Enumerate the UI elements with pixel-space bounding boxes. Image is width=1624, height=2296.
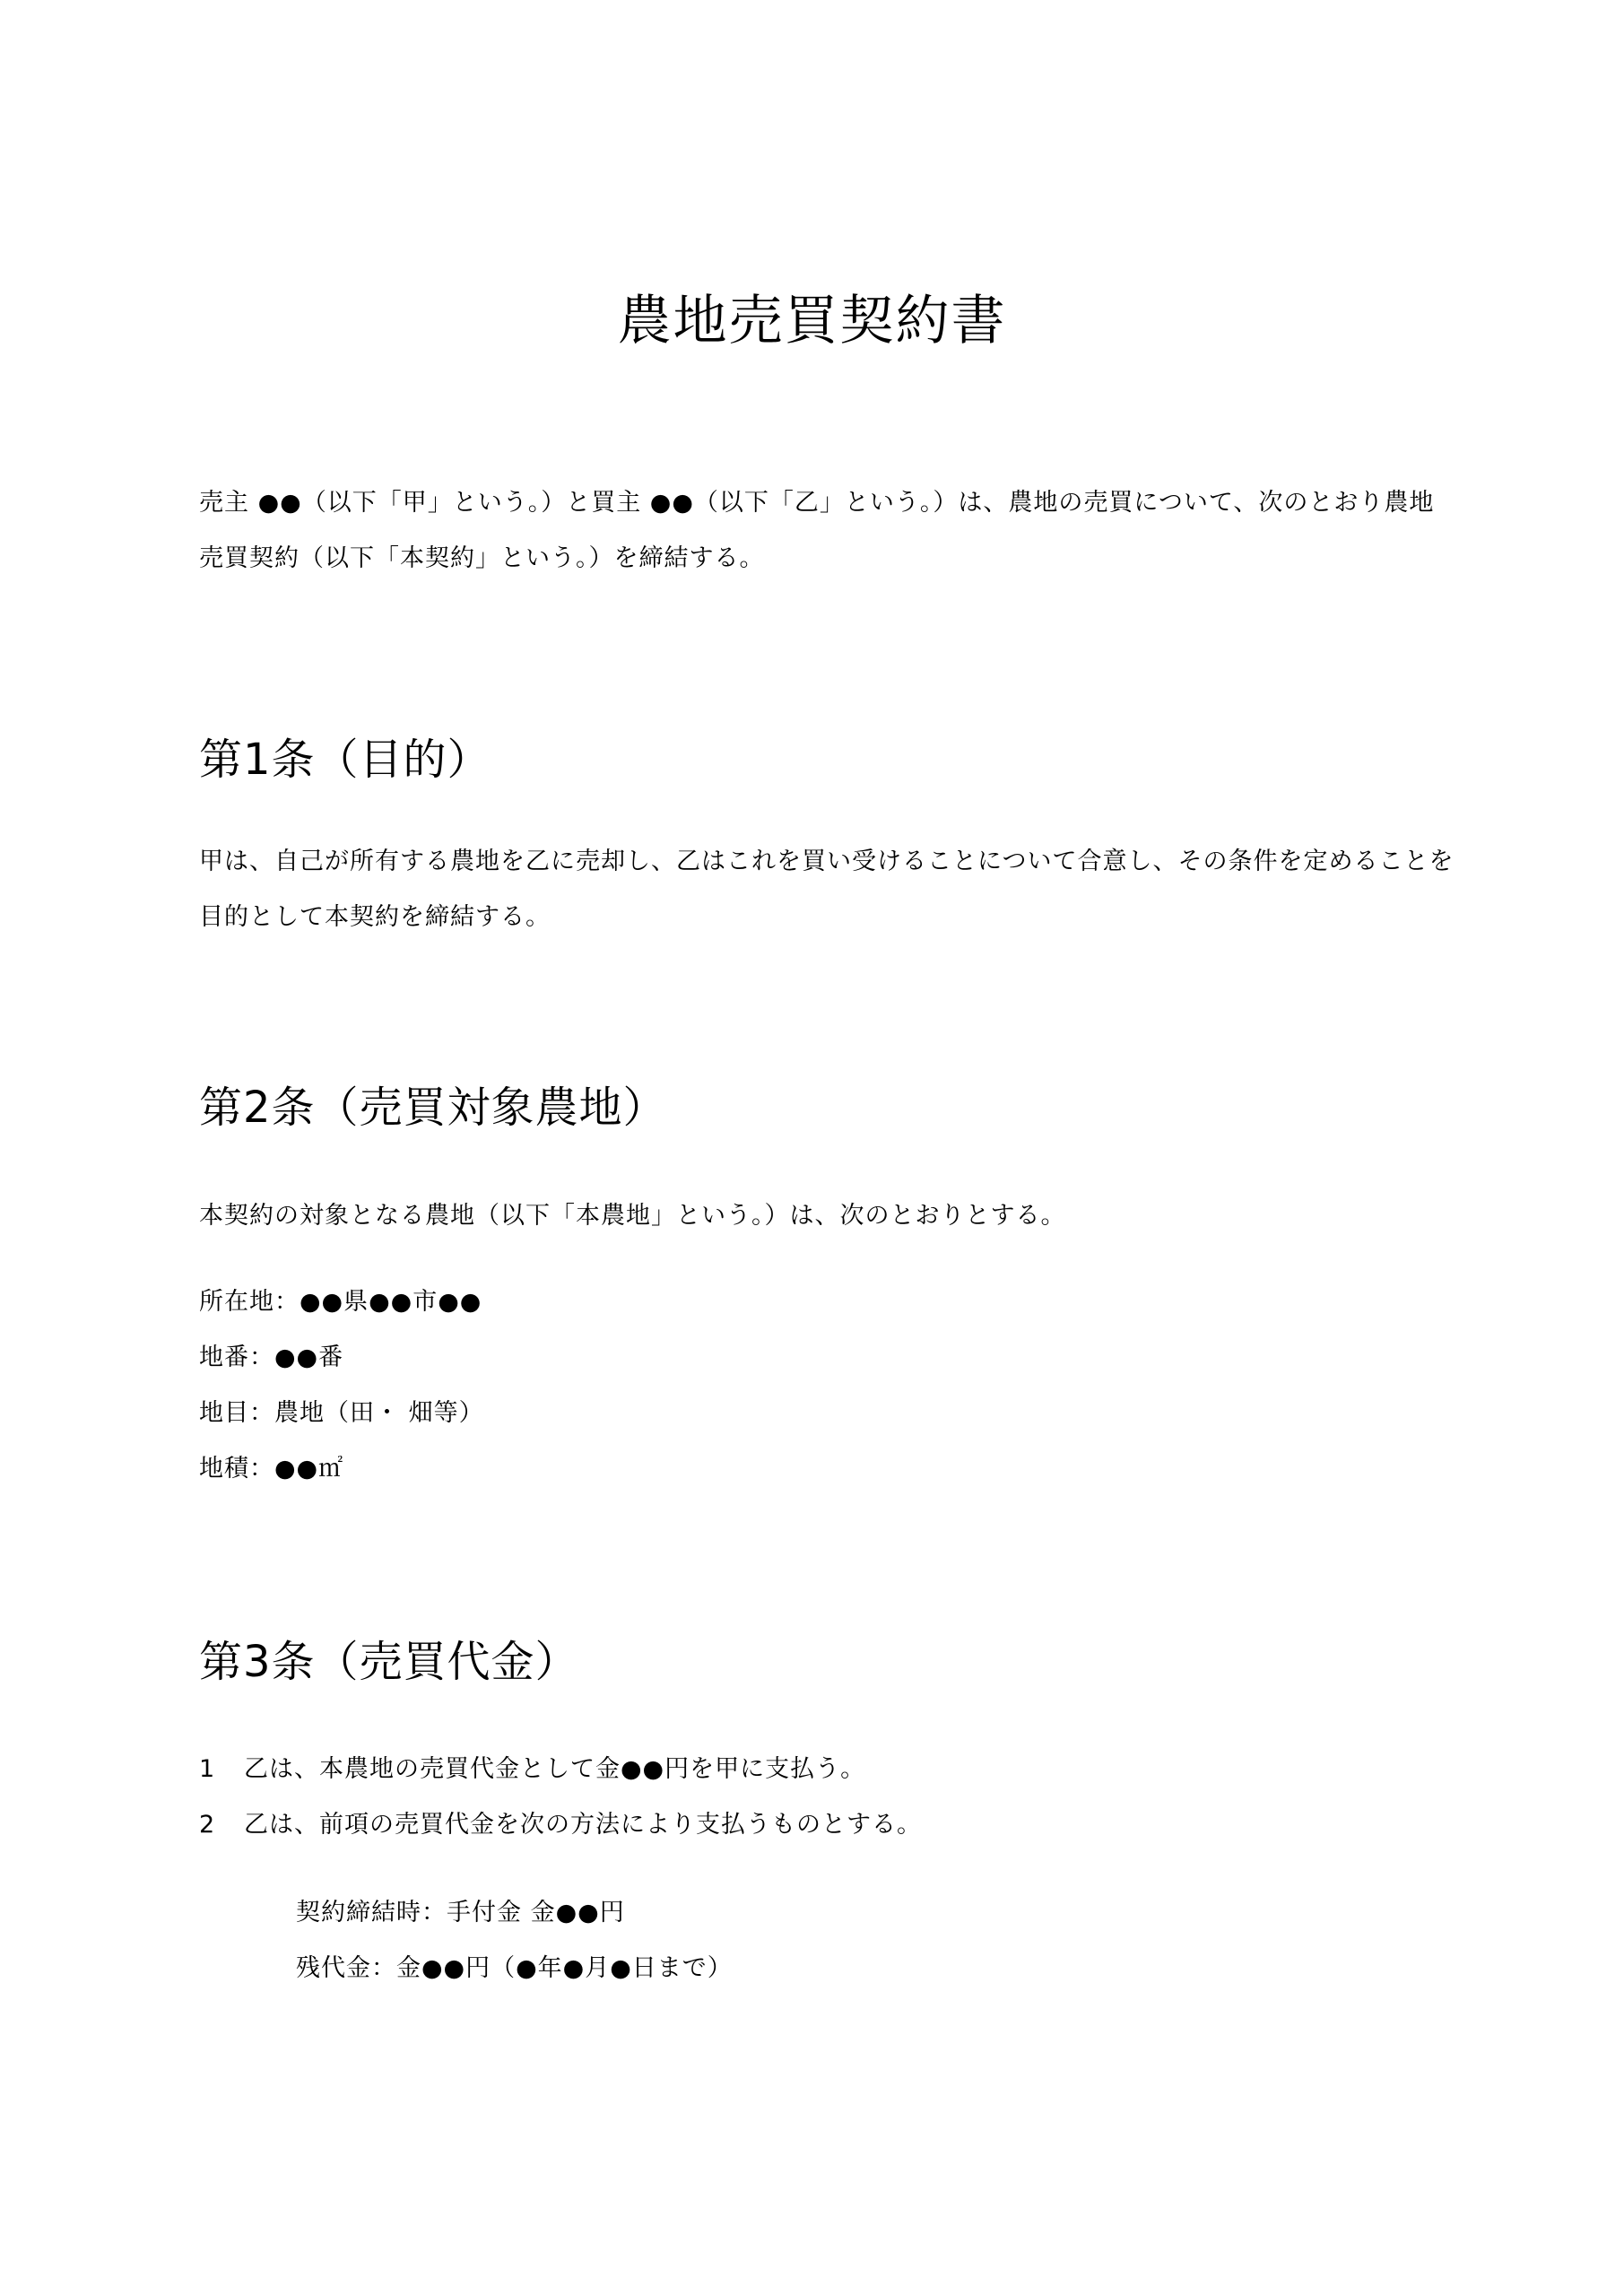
payment-balance: 残代金：金●●円（●年●月●日まで） bbox=[296, 1951, 733, 1987]
document-title: 農地売買契約書 bbox=[0, 285, 1624, 357]
article-2-heading: 第2条（売買対象農地） bbox=[199, 1076, 667, 1139]
item-text: 乙は、前項の売買代金を次の方法により支払うものとする。 bbox=[244, 1811, 922, 1839]
item-text: 乙は、本農地の売買代金として金●●円を甲に支払う。 bbox=[244, 1755, 865, 1783]
detail-land-category: 地目：農地（田・ 畑等） bbox=[199, 1396, 484, 1431]
article-3-item-2: 2乙は、前項の売買代金を次の方法により支払うものとする。 bbox=[199, 1807, 922, 1843]
document-page: 農地売買契約書 売主 ●●（以下「甲」という。）と買主 ●●（以下「乙」という。… bbox=[0, 0, 1624, 2296]
item-number: 1 bbox=[199, 1752, 244, 1787]
detail-lot-number: 地番：●●番 bbox=[199, 1340, 343, 1376]
preamble-paragraph: 売主 ●●（以下「甲」という。）と買主 ●●（以下「乙」という。）は、農地の売買… bbox=[199, 475, 1455, 587]
article-3-item-1: 1乙は、本農地の売買代金として金●●円を甲に支払う。 bbox=[199, 1752, 865, 1787]
payment-deposit: 契約締結時：手付金 金●●円 bbox=[296, 1895, 625, 1931]
detail-land-area: 地積：●●㎡ bbox=[199, 1451, 343, 1487]
article-1-heading: 第1条（目的） bbox=[199, 728, 491, 791]
article-2-body: 本契約の対象となる農地（以下「本農地」という。）は、次のとおりとする。 bbox=[199, 1198, 1066, 1234]
detail-location: 所在地：●●県●●市●● bbox=[199, 1284, 482, 1320]
item-number: 2 bbox=[199, 1807, 244, 1843]
article-3-heading: 第3条（売買代金） bbox=[199, 1631, 579, 1693]
article-1-body: 甲は、自己が所有する農地を乙に売却し、乙はこれを買い受けることについて合意し、そ… bbox=[199, 834, 1455, 945]
